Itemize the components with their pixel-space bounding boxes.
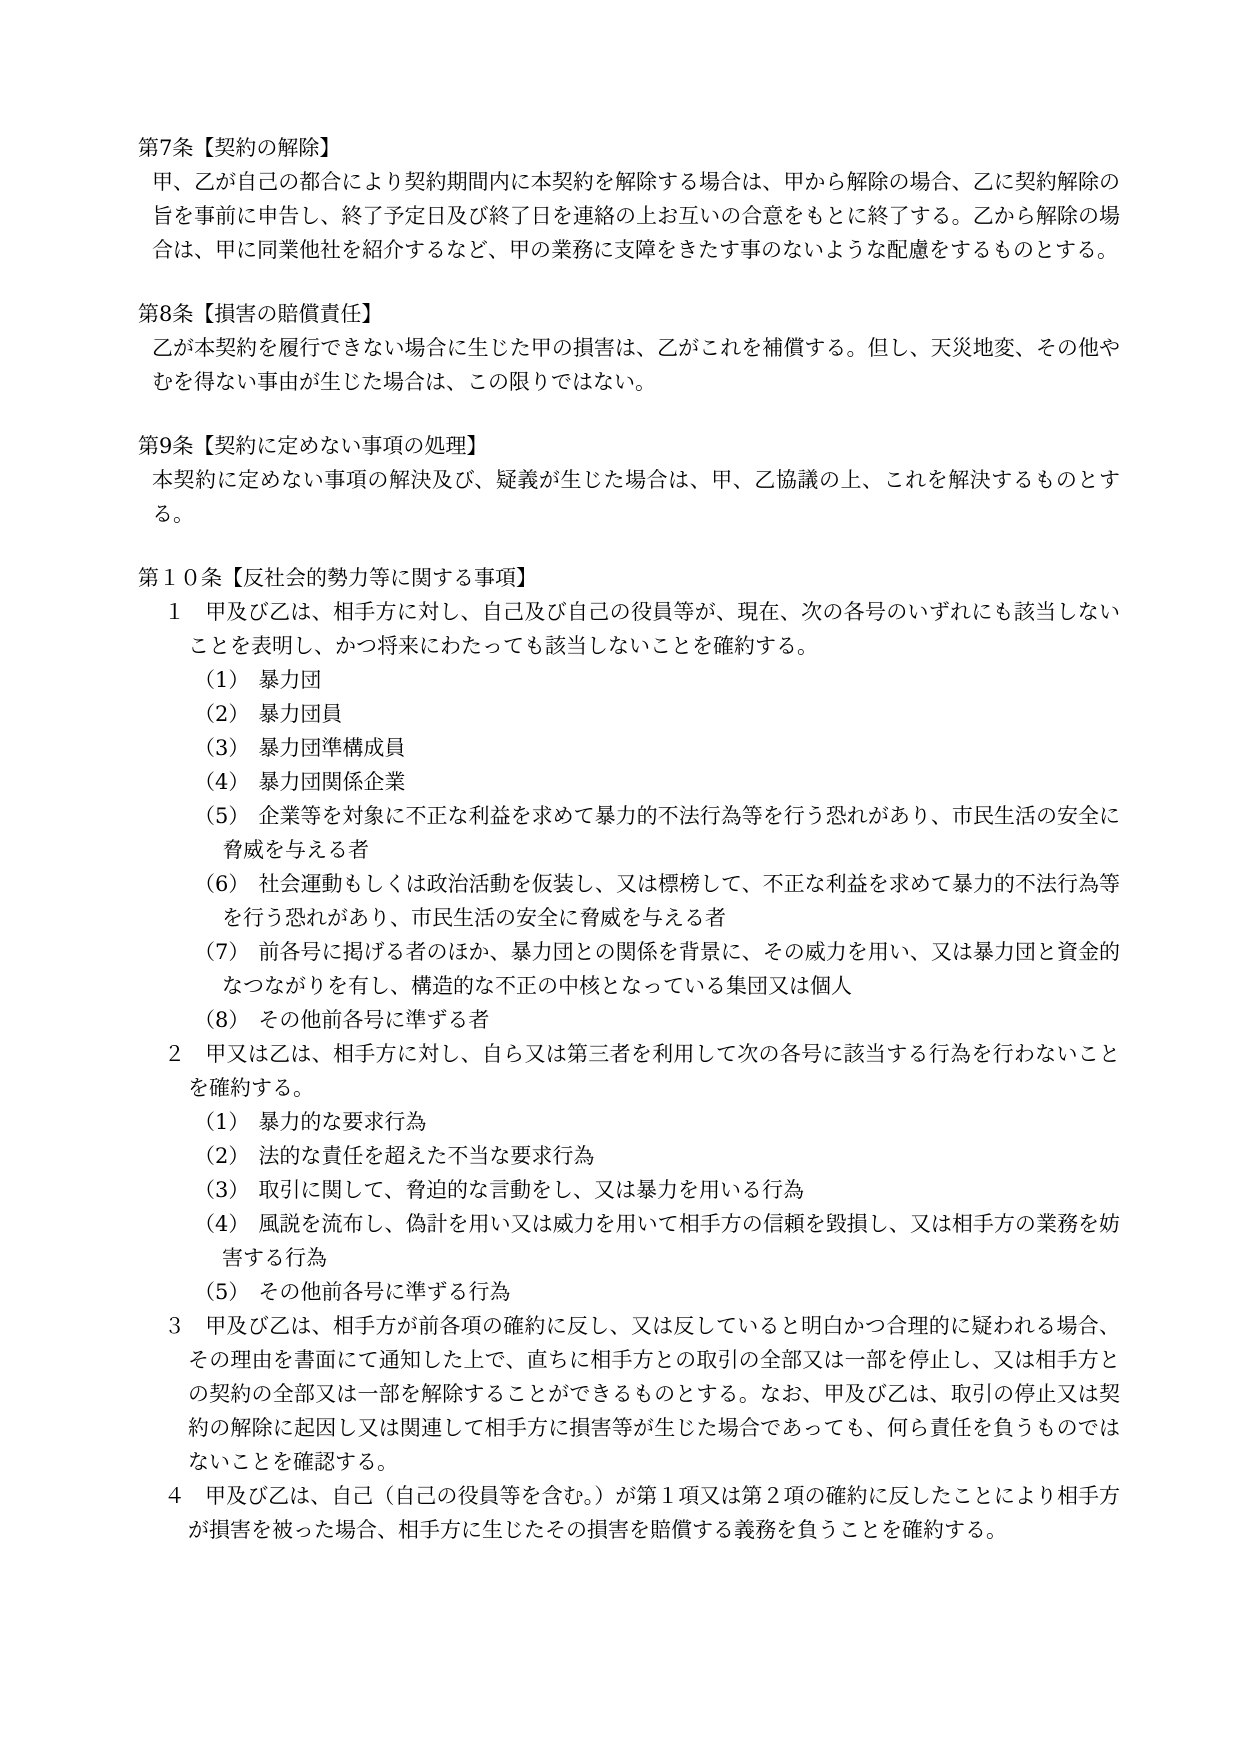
article-paragraph: 乙が本契約を履行できない場合に生じた甲の損害は、乙がこれを補償する。但し、天災地… (152, 331, 1120, 399)
subitem-marker: （2） (194, 702, 249, 726)
article-heading: 第１０条【反社会的勢力等に関する事項】 (138, 561, 1120, 595)
clause-text: 甲及び乙は、相手方が前各項の確約に反し、又は反していると明白かつ合理的に疑われる… (188, 1314, 1120, 1474)
clause-number: ３ (164, 1314, 185, 1338)
subitem-marker: （3） (194, 1178, 249, 1202)
subitem-text: 前各号に掲げる者のほか、暴力団との関係を背景に、その威力を用い、又は暴力団と資金… (222, 940, 1120, 998)
article-paragraph: 本契約に定めない事項の解決及び、疑義が生じた場合は、甲、乙協議の上、これを解決す… (152, 463, 1120, 531)
article: 第9条【契約に定めない事項の処理】本契約に定めない事項の解決及び、疑義が生じた場… (138, 429, 1120, 531)
clause-number: ４ (164, 1484, 185, 1508)
article: 第8条【損害の賠償責任】乙が本契約を履行できない場合に生じた甲の損害は、乙がこれ… (138, 297, 1120, 399)
clause-subitem: （2）暴力団員 (138, 697, 1120, 731)
clause-text: 甲及び乙は、相手方に対し、自己及び自己の役員等が、現在、次の各号のいずれにも該当… (188, 600, 1120, 658)
clause-subitem: （3）取引に関して、脅迫的な言動をし、又は暴力を用いる行為 (138, 1173, 1120, 1207)
subitem-marker: （7） (194, 940, 249, 964)
clause-number: ２ (164, 1042, 185, 1066)
subitem-marker: （5） (194, 1280, 249, 1304)
subitem-marker: （1） (194, 1110, 249, 1134)
clause-number: １ (164, 600, 185, 624)
subitem-text: 暴力団員 (258, 702, 342, 726)
clause-subitem: （4）風説を流布し、偽計を用い又は威力を用いて相手方の信頼を毀損し、又は相手方の… (138, 1207, 1120, 1275)
clause: ２甲又は乙は、相手方に対し、自ら又は第三者を利用して次の各号に該当する行為を行わ… (138, 1037, 1120, 1105)
clause-subitem: （7）前各号に掲げる者のほか、暴力団との関係を背景に、その威力を用い、又は暴力団… (138, 935, 1120, 1003)
document-page: 第7条【契約の解除】甲、乙が自己の都合により契約期間内に本契約を解除する場合は、… (0, 0, 1241, 1755)
subitem-marker: （4） (194, 1212, 249, 1236)
clause-subitem: （1）暴力的な要求行為 (138, 1105, 1120, 1139)
subitem-marker: （2） (194, 1144, 249, 1168)
subitem-text: 暴力団 (258, 668, 321, 692)
article: 第１０条【反社会的勢力等に関する事項】１甲及び乙は、相手方に対し、自己及び自己の… (138, 561, 1120, 1547)
subitem-text: 企業等を対象に不正な利益を求めて暴力的不法行為等を行う恐れがあり、市民生活の安全… (222, 804, 1120, 862)
clause-subitem: （8）その他前各号に準ずる者 (138, 1003, 1120, 1037)
clause-subitem: （2）法的な責任を超えた不当な要求行為 (138, 1139, 1120, 1173)
subitem-text: 法的な責任を超えた不当な要求行為 (258, 1144, 594, 1168)
clause-text: 甲及び乙は、自己（自己の役員等を含む。）が第１項又は第２項の確約に反したことによ… (188, 1484, 1120, 1542)
subitem-marker: （4） (194, 770, 249, 794)
clause-subitem: （4）暴力団関係企業 (138, 765, 1120, 799)
article-paragraph: 甲、乙が自己の都合により契約期間内に本契約を解除する場合は、甲から解除の場合、乙… (152, 165, 1120, 267)
subitem-text: 取引に関して、脅迫的な言動をし、又は暴力を用いる行為 (258, 1178, 804, 1202)
subitem-marker: （1） (194, 668, 249, 692)
subitem-marker: （5） (194, 804, 249, 828)
article-heading: 第9条【契約に定めない事項の処理】 (138, 429, 1120, 463)
subitem-text: 風説を流布し、偽計を用い又は威力を用いて相手方の信頼を毀損し、又は相手方の業務を… (222, 1212, 1120, 1270)
contract-document: 第7条【契約の解除】甲、乙が自己の都合により契約期間内に本契約を解除する場合は、… (138, 131, 1120, 1547)
clause: ３甲及び乙は、相手方が前各項の確約に反し、又は反していると明白かつ合理的に疑われ… (138, 1309, 1120, 1479)
clause-subitem: （1）暴力団 (138, 663, 1120, 697)
clause-subitem: （3）暴力団準構成員 (138, 731, 1120, 765)
subitem-text: 社会運動もしくは政治活動を仮装し、又は標榜して、不正な利益を求めて暴力的不法行為… (222, 872, 1120, 930)
subitem-marker: （3） (194, 736, 249, 760)
subitem-text: 暴力団関係企業 (258, 770, 405, 794)
clause-subitem: （5）企業等を対象に不正な利益を求めて暴力的不法行為等を行う恐れがあり、市民生活… (138, 799, 1120, 867)
article-heading: 第7条【契約の解除】 (138, 131, 1120, 165)
clause: １甲及び乙は、相手方に対し、自己及び自己の役員等が、現在、次の各号のいずれにも該… (138, 595, 1120, 663)
subitem-marker: （6） (194, 872, 249, 896)
article: 第7条【契約の解除】甲、乙が自己の都合により契約期間内に本契約を解除する場合は、… (138, 131, 1120, 267)
subitem-text: その他前各号に準ずる行為 (258, 1280, 510, 1304)
clause-subitem: （5）その他前各号に準ずる行為 (138, 1275, 1120, 1309)
subitem-marker: （8） (194, 1008, 249, 1032)
article-heading: 第8条【損害の賠償責任】 (138, 297, 1120, 331)
clause-subitem: （6）社会運動もしくは政治活動を仮装し、又は標榜して、不正な利益を求めて暴力的不… (138, 867, 1120, 935)
subitem-text: その他前各号に準ずる者 (258, 1008, 489, 1032)
clause-text: 甲又は乙は、相手方に対し、自ら又は第三者を利用して次の各号に該当する行為を行わな… (188, 1042, 1120, 1100)
subitem-text: 暴力的な要求行為 (258, 1110, 426, 1134)
subitem-text: 暴力団準構成員 (258, 736, 405, 760)
clause: ４甲及び乙は、自己（自己の役員等を含む。）が第１項又は第２項の確約に反したことに… (138, 1479, 1120, 1547)
